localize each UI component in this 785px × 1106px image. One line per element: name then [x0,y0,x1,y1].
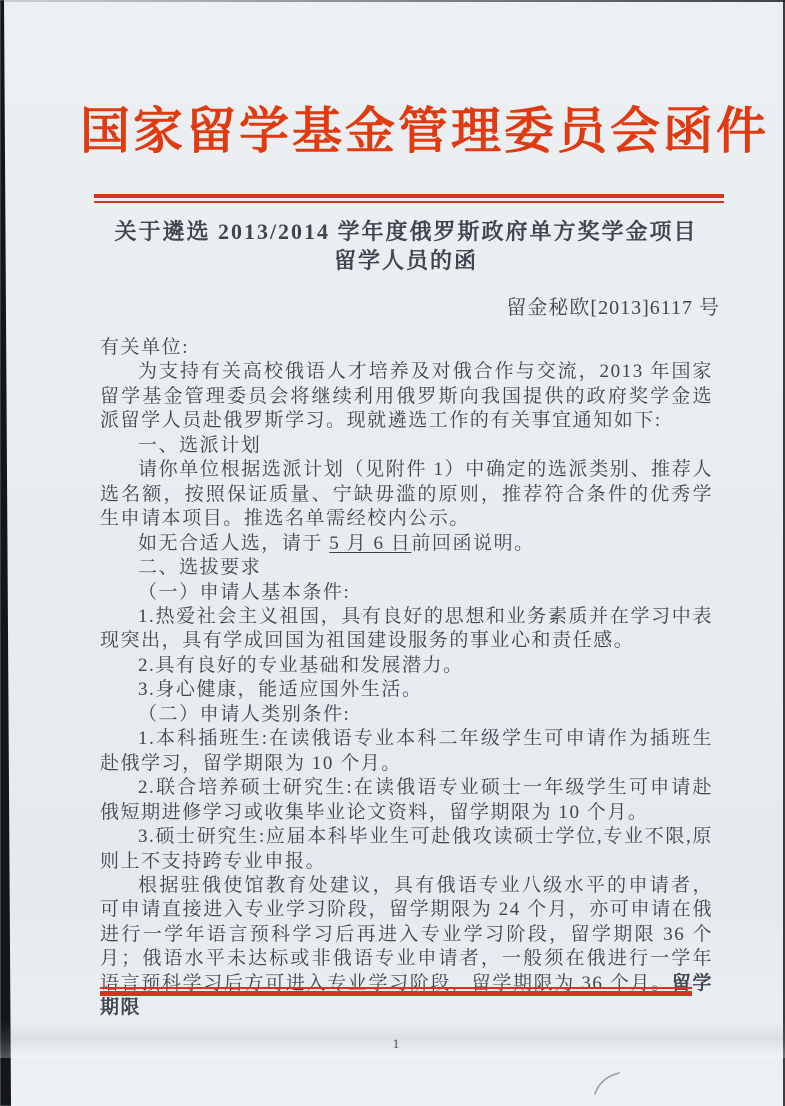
body-paragraph: 如无合适人选，请于 5 月 6 日前回函说明。 [100,532,713,556]
body-paragraph: 二、选拔要求 [100,556,713,580]
text-run: 有关单位: [100,337,189,358]
text-run: 1.热爱社会主义祖国，具有良好的思想和业务素质并在学习中表现突出，具有学成回国为… [100,606,713,651]
text-run: 一、选派计划 [138,435,261,456]
body-paragraph: 1.热爱社会主义祖国，具有良好的思想和业务素质并在学习中表现突出，具有学成回国为… [100,605,713,654]
body-paragraph: 一、选派计划 [100,434,713,458]
page-number: 1 [100,1036,692,1052]
pen-mark [594,1072,622,1096]
text-run: 请你单位根据选派计划（见附件 1）中确定的选派类别、推荐人选名额，按照保证质量、… [100,459,713,529]
body-paragraph: 3.硕士研究生:应届本科毕业生可赴俄攻读硕士学位,专业不限,原则上不支持跨专业申… [100,825,713,874]
text-run: 3.身心健康，能适应国外生活。 [138,679,423,700]
underlined-date: 5 月 6 日 [329,533,411,554]
body-paragraph: 2.联合培养硕士研究生:在读俄语专业硕士一年级学生可申请赴俄短期进修学习或收集毕… [100,776,713,825]
bottom-red-underline-thin [100,987,692,989]
body-paragraph: 为支持有关高校俄语人才培养及对俄合作与交流，2013 年国家留学基金管理委员会将… [100,360,713,433]
subject-line-2: 留学人员的函 [80,246,732,275]
body-paragraphs: 有关单位:为支持有关高校俄语人才培养及对俄合作与交流，2013 年国家留学基金管… [100,336,713,1021]
text-run: 二、选拔要求 [138,557,261,578]
body-paragraph: （二）申请人类别条件: [100,703,713,727]
bottom-red-underline-thick [100,991,692,996]
text-run: 3.硕士研究生:应届本科毕业生可赴俄攻读硕士学位,专业不限,原则上不支持跨专业申… [100,826,713,871]
text-run: 根据驻俄使馆教育处建议，具有俄语专业八级水平的申请者，可申请直接进入专业学习阶段… [100,875,713,994]
letterhead-rule-thick [94,194,724,198]
body-paragraph: （一）申请人基本条件: [100,581,713,605]
scan-edge-left [0,0,13,1106]
body-paragraph: 根据驻俄使馆教育处建议，具有俄语专业八级水平的申请者，可申请直接进入专业学习阶段… [100,874,713,1021]
scan-edge-top [0,0,785,2]
body-paragraph: 有关单位: [100,336,713,360]
body-paragraph: 1.本科插班生:在读俄语专业本科二年级学生可申请作为插班生赴俄学习，留学期限为 … [100,727,713,776]
scanned-letter-page: 国家留学基金管理委员会函件 关于遴选 2013/2014 学年度俄罗斯政府单方奖… [0,0,785,1106]
text-run: 为支持有关高校俄语人才培养及对俄合作与交流，2013 年国家留学基金管理委员会将… [100,361,713,431]
text-run: （一）申请人基本条件: [138,582,350,603]
subject-heading: 关于遴选 2013/2014 学年度俄罗斯政府单方奖学金项目 留学人员的函 [80,217,732,275]
text-run: 1.本科插班生:在读俄语专业本科二年级学生可申请作为插班生赴俄学习，留学期限为 … [100,728,713,773]
letterhead-rule-thin [94,201,724,203]
text-run: （二）申请人类别条件: [138,704,350,725]
body-paragraph: 请你单位根据选派计划（见附件 1）中确定的选派类别、推荐人选名额，按照保证质量、… [100,458,713,531]
subject-line-1: 关于遴选 2013/2014 学年度俄罗斯政府单方奖学金项目 [80,217,732,246]
body-paragraph: 3.身心健康，能适应国外生活。 [100,678,713,702]
text-run: 2.具有良好的专业基础和发展潜力。 [138,655,464,676]
text-run: 前回函说明。 [411,533,534,554]
text-run: 2.联合培养硕士研究生:在读俄语专业硕士一年级学生可申请赴俄短期进修学习或收集毕… [100,777,713,822]
letterhead-title: 国家留学基金管理委员会函件 [80,102,732,160]
body-paragraph: 2.具有良好的专业基础和发展潜力。 [100,654,713,678]
text-run: 如无合适人选，请于 [138,533,329,554]
doc-number: 留金秘欧[2013]6117 号 [100,291,720,320]
